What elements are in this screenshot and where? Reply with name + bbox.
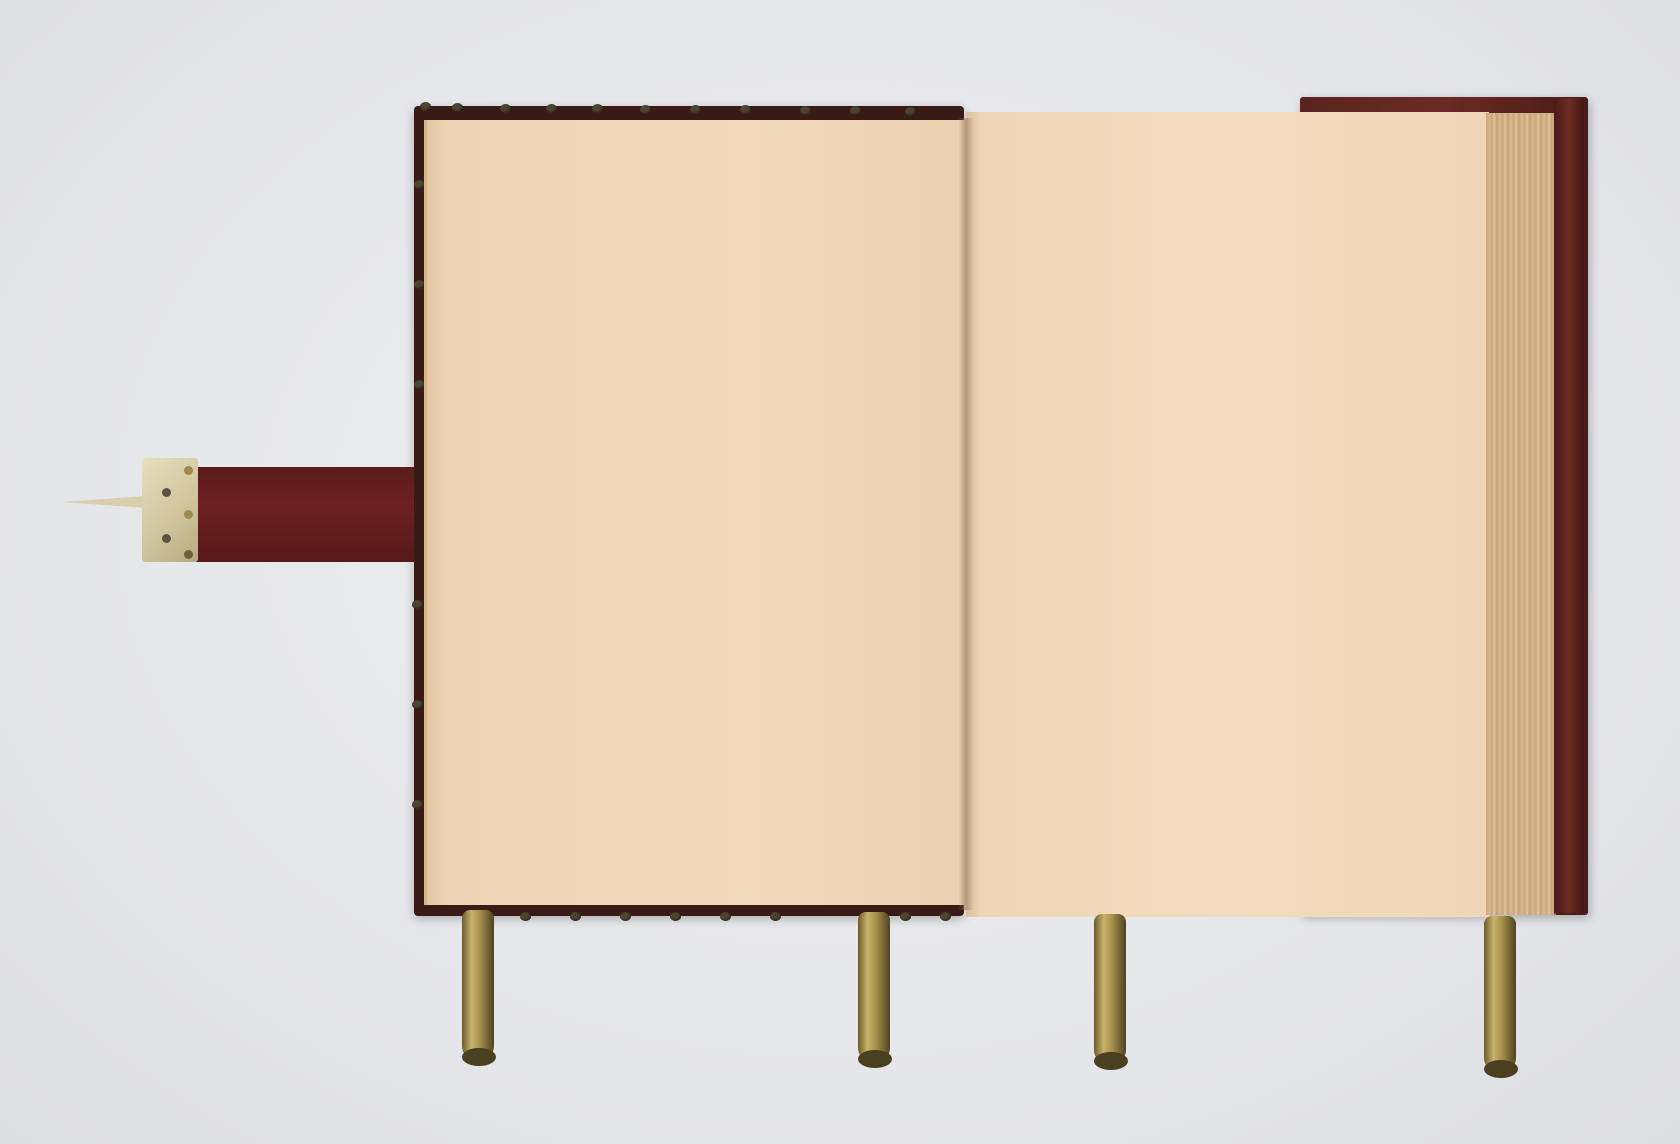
clasp-plate bbox=[142, 458, 198, 562]
clasp-rivet bbox=[162, 488, 171, 497]
clasp-strap bbox=[196, 467, 414, 562]
cover-stud bbox=[452, 103, 463, 112]
cover-stud bbox=[640, 105, 651, 114]
cover-stud bbox=[520, 912, 531, 921]
cover-stud bbox=[412, 700, 423, 709]
foot-tip bbox=[858, 1050, 892, 1068]
cover-stud bbox=[850, 106, 861, 115]
cover-stud bbox=[900, 912, 911, 921]
foot-tip bbox=[462, 1048, 496, 1066]
cover-stud bbox=[770, 912, 781, 921]
cover-stud bbox=[720, 912, 731, 921]
cover-stud bbox=[905, 107, 916, 116]
cover-stud bbox=[690, 105, 701, 114]
page-fore-edge bbox=[1486, 113, 1556, 915]
brass-foot bbox=[858, 912, 890, 1062]
left-page bbox=[424, 120, 971, 905]
foot-tip bbox=[1484, 1060, 1518, 1078]
cover-stud bbox=[592, 104, 603, 113]
cover-stud bbox=[800, 106, 811, 115]
cover-stud bbox=[940, 912, 951, 921]
right-cover-edge bbox=[1554, 98, 1584, 913]
clasp-rivet bbox=[184, 466, 193, 475]
cover-stud bbox=[412, 800, 423, 809]
book-gutter bbox=[958, 118, 974, 910]
clasp-tip bbox=[62, 496, 146, 508]
foot-tip bbox=[1094, 1052, 1128, 1070]
cover-stud bbox=[412, 600, 423, 609]
cover-stud bbox=[740, 105, 751, 114]
cover-stud bbox=[670, 912, 681, 921]
photo-scene bbox=[0, 0, 1680, 1144]
brass-foot bbox=[1484, 916, 1516, 1072]
right-page bbox=[966, 112, 1489, 917]
cover-stud bbox=[546, 104, 557, 113]
cover-stud bbox=[620, 912, 631, 921]
clasp-rivet bbox=[162, 534, 171, 543]
brass-foot bbox=[1094, 914, 1126, 1064]
brass-foot bbox=[462, 910, 494, 1060]
cover-stud bbox=[570, 912, 581, 921]
clasp-rivet bbox=[184, 550, 193, 559]
cover-stud bbox=[500, 104, 511, 113]
clasp-rivet bbox=[184, 510, 193, 519]
cover-stud bbox=[420, 102, 431, 111]
